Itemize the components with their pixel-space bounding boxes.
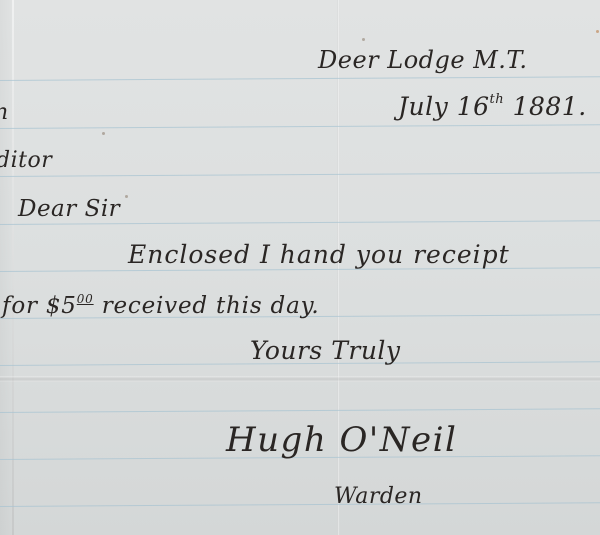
letter-place: Deer Lodge M.T. — [318, 46, 528, 74]
body-line-2: for $500 received this day. — [2, 292, 319, 319]
date-month-day: July 16 — [398, 92, 490, 121]
ruled-line — [0, 408, 600, 413]
paper-speck — [102, 132, 105, 135]
paper-speck — [125, 195, 128, 198]
letter-date: July 16th 1881. — [398, 92, 587, 121]
paper-speck — [596, 30, 599, 33]
body-line-2-rest: received this day. — [94, 293, 320, 319]
ruled-line — [0, 502, 600, 507]
addressee-line-2: ditor — [0, 148, 52, 173]
signer-title: Warden — [334, 484, 423, 509]
date-suffix: th — [490, 92, 505, 107]
paper-speck — [362, 38, 365, 41]
signature: Hugh O'Neil — [226, 420, 457, 460]
body-line-1: Enclosed I hand you receipt — [128, 240, 510, 269]
amount-cents: 00 — [77, 292, 94, 306]
horizontal-fold-crease — [0, 376, 600, 382]
date-year: 1881. — [513, 92, 587, 121]
ruled-line — [0, 172, 600, 177]
amount-dollars: for $5 — [2, 293, 77, 319]
ruled-line — [0, 76, 600, 81]
ruled-line — [0, 124, 600, 129]
closing: Yours Truly — [250, 336, 401, 365]
addressee-line-1: n — [0, 100, 9, 125]
letter-page: Deer Lodge M.T. July 16th 1881. n ditor … — [0, 0, 600, 535]
salutation: Dear Sir — [18, 196, 120, 222]
